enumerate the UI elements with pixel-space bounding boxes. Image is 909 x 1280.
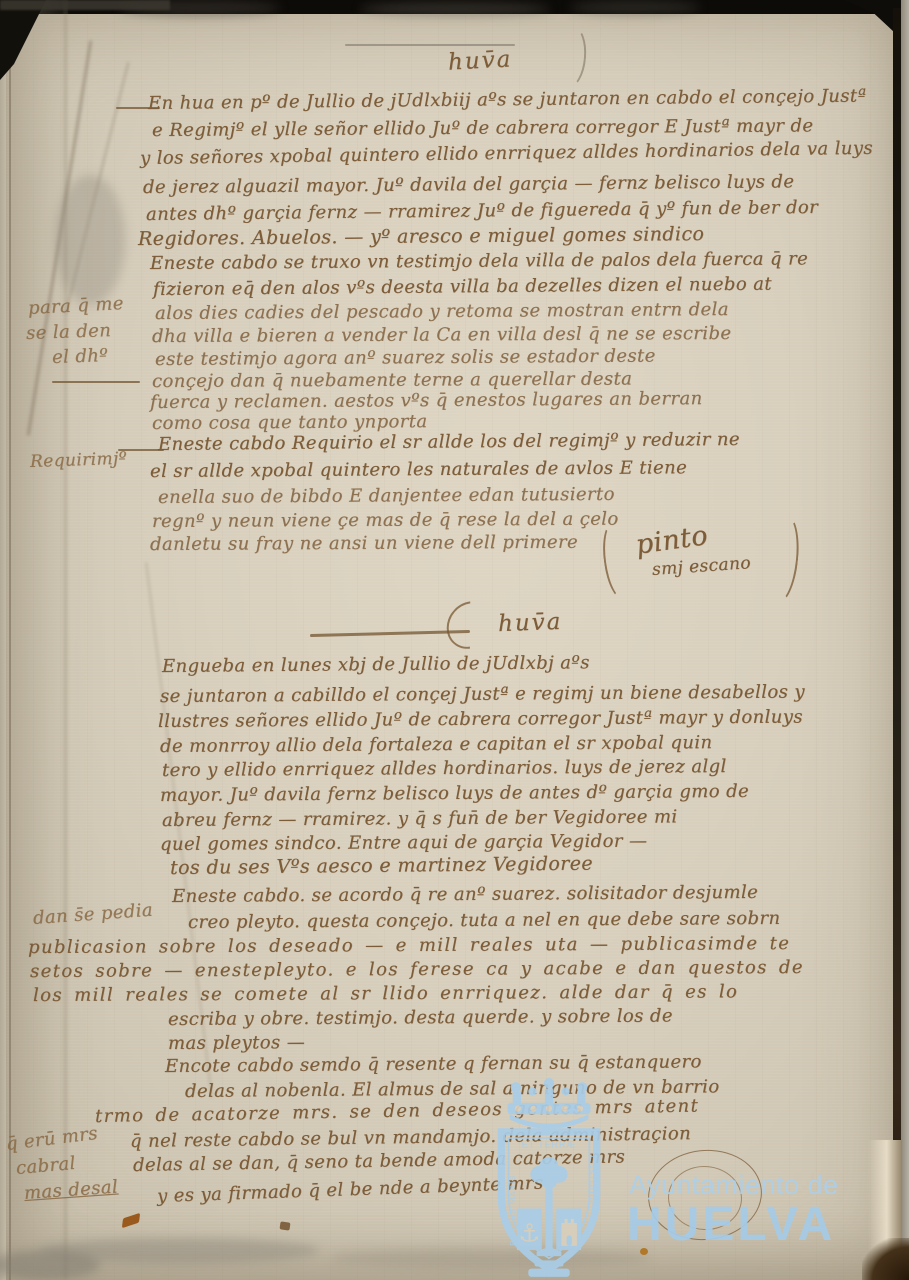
manuscript-line: mas pleytos —	[168, 1032, 305, 1054]
manuscript-line: publicasion sobre los deseado — e mill r…	[28, 933, 790, 958]
manuscript-line: de monrroy allio dela fortaleza e capita…	[160, 732, 713, 757]
manuscript-line: abreu fernz — rramirez. y q̄ s fun̄ de b…	[162, 806, 678, 831]
manuscript-line: quel gomes sindco. Entre aqui de garçia …	[160, 831, 647, 855]
scan-corner-shadow	[862, 1238, 909, 1280]
manuscript-line: tero y ellido enrriquez alldes hordinari…	[162, 756, 727, 781]
manuscript-line: tos du ses Vºs aesco e martinez Vegidore…	[170, 853, 593, 879]
left-fold-line	[9, 0, 11, 1280]
entry-heading-mark: huv̄a	[447, 46, 513, 75]
paper-stain	[55, 175, 125, 305]
bottom-smudge	[330, 1248, 650, 1268]
rust-dot	[640, 1248, 648, 1255]
manuscript-line: como cosa que tanto ynporta	[152, 411, 428, 434]
manuscript-line: escriba y obre. testimjo. desta querde. …	[168, 1005, 673, 1030]
page-gap-shadow	[893, 8, 901, 1280]
edge-smudge	[570, 0, 700, 15]
manuscript-line: alos dies cadies del pescado y retoma se…	[155, 299, 729, 324]
ink-blot	[279, 1221, 290, 1230]
margin-note: Requirimjº	[30, 449, 128, 472]
margin-dash	[52, 381, 140, 383]
margin-note: se la den	[26, 320, 112, 344]
edge-smudge	[360, 2, 550, 16]
manuscript-line: setos sobre — enestepleyto. e los ferese…	[30, 957, 804, 982]
manuscript-line: llustres señores ellido Juº de cabrera c…	[158, 706, 803, 732]
scan-edge-shadow	[0, 0, 170, 10]
manuscript-line: Engueba en lunes xbj de Jullio de jUdlxb…	[162, 652, 590, 677]
manuscript-line: regnº y neun viene çe mas de q̄ rese la …	[152, 509, 619, 532]
manuscript-line: mayor. Juº davila fernz belisco luys de …	[160, 781, 749, 806]
manuscript-line: fuerca y reclamen. aestos vºs q̄ enestos…	[150, 388, 703, 413]
entry-heading-mark: huv̄a	[498, 609, 563, 637]
margin-note: el dhº	[52, 345, 109, 368]
manuscript-line: dha villa e bieren a vender la Ca en vil…	[152, 323, 732, 347]
manuscript-line: Eneste cabdo. se acordo q̄ re anº suarez…	[172, 882, 758, 907]
book-fore-edge	[901, 0, 909, 1280]
manuscript-scan-page: huv̄a En hua en pº de Jullio de jUdlxbii…	[0, 0, 909, 1280]
manuscript-line: el sr allde xpobal quintero les naturale…	[150, 457, 687, 482]
manuscript-line: danletu su fray ne ansi un viene dell pr…	[150, 532, 578, 555]
manuscript-line: este testimjo agora anº suarez solis se …	[155, 346, 656, 370]
manuscript-line: enella suo de bibdo E danjentee edan tut…	[158, 484, 615, 508]
manuscript-line: los mill reales se comete al sr llido en…	[33, 981, 738, 1006]
manuscript-line: se juntaron a cabilldo el conçej Justª e…	[160, 681, 805, 707]
pencil-line	[345, 44, 515, 46]
manuscript-line: creo pleyto. questa conçejo. tuta a nel …	[188, 908, 781, 933]
left-fold-band	[10, 0, 68, 1280]
